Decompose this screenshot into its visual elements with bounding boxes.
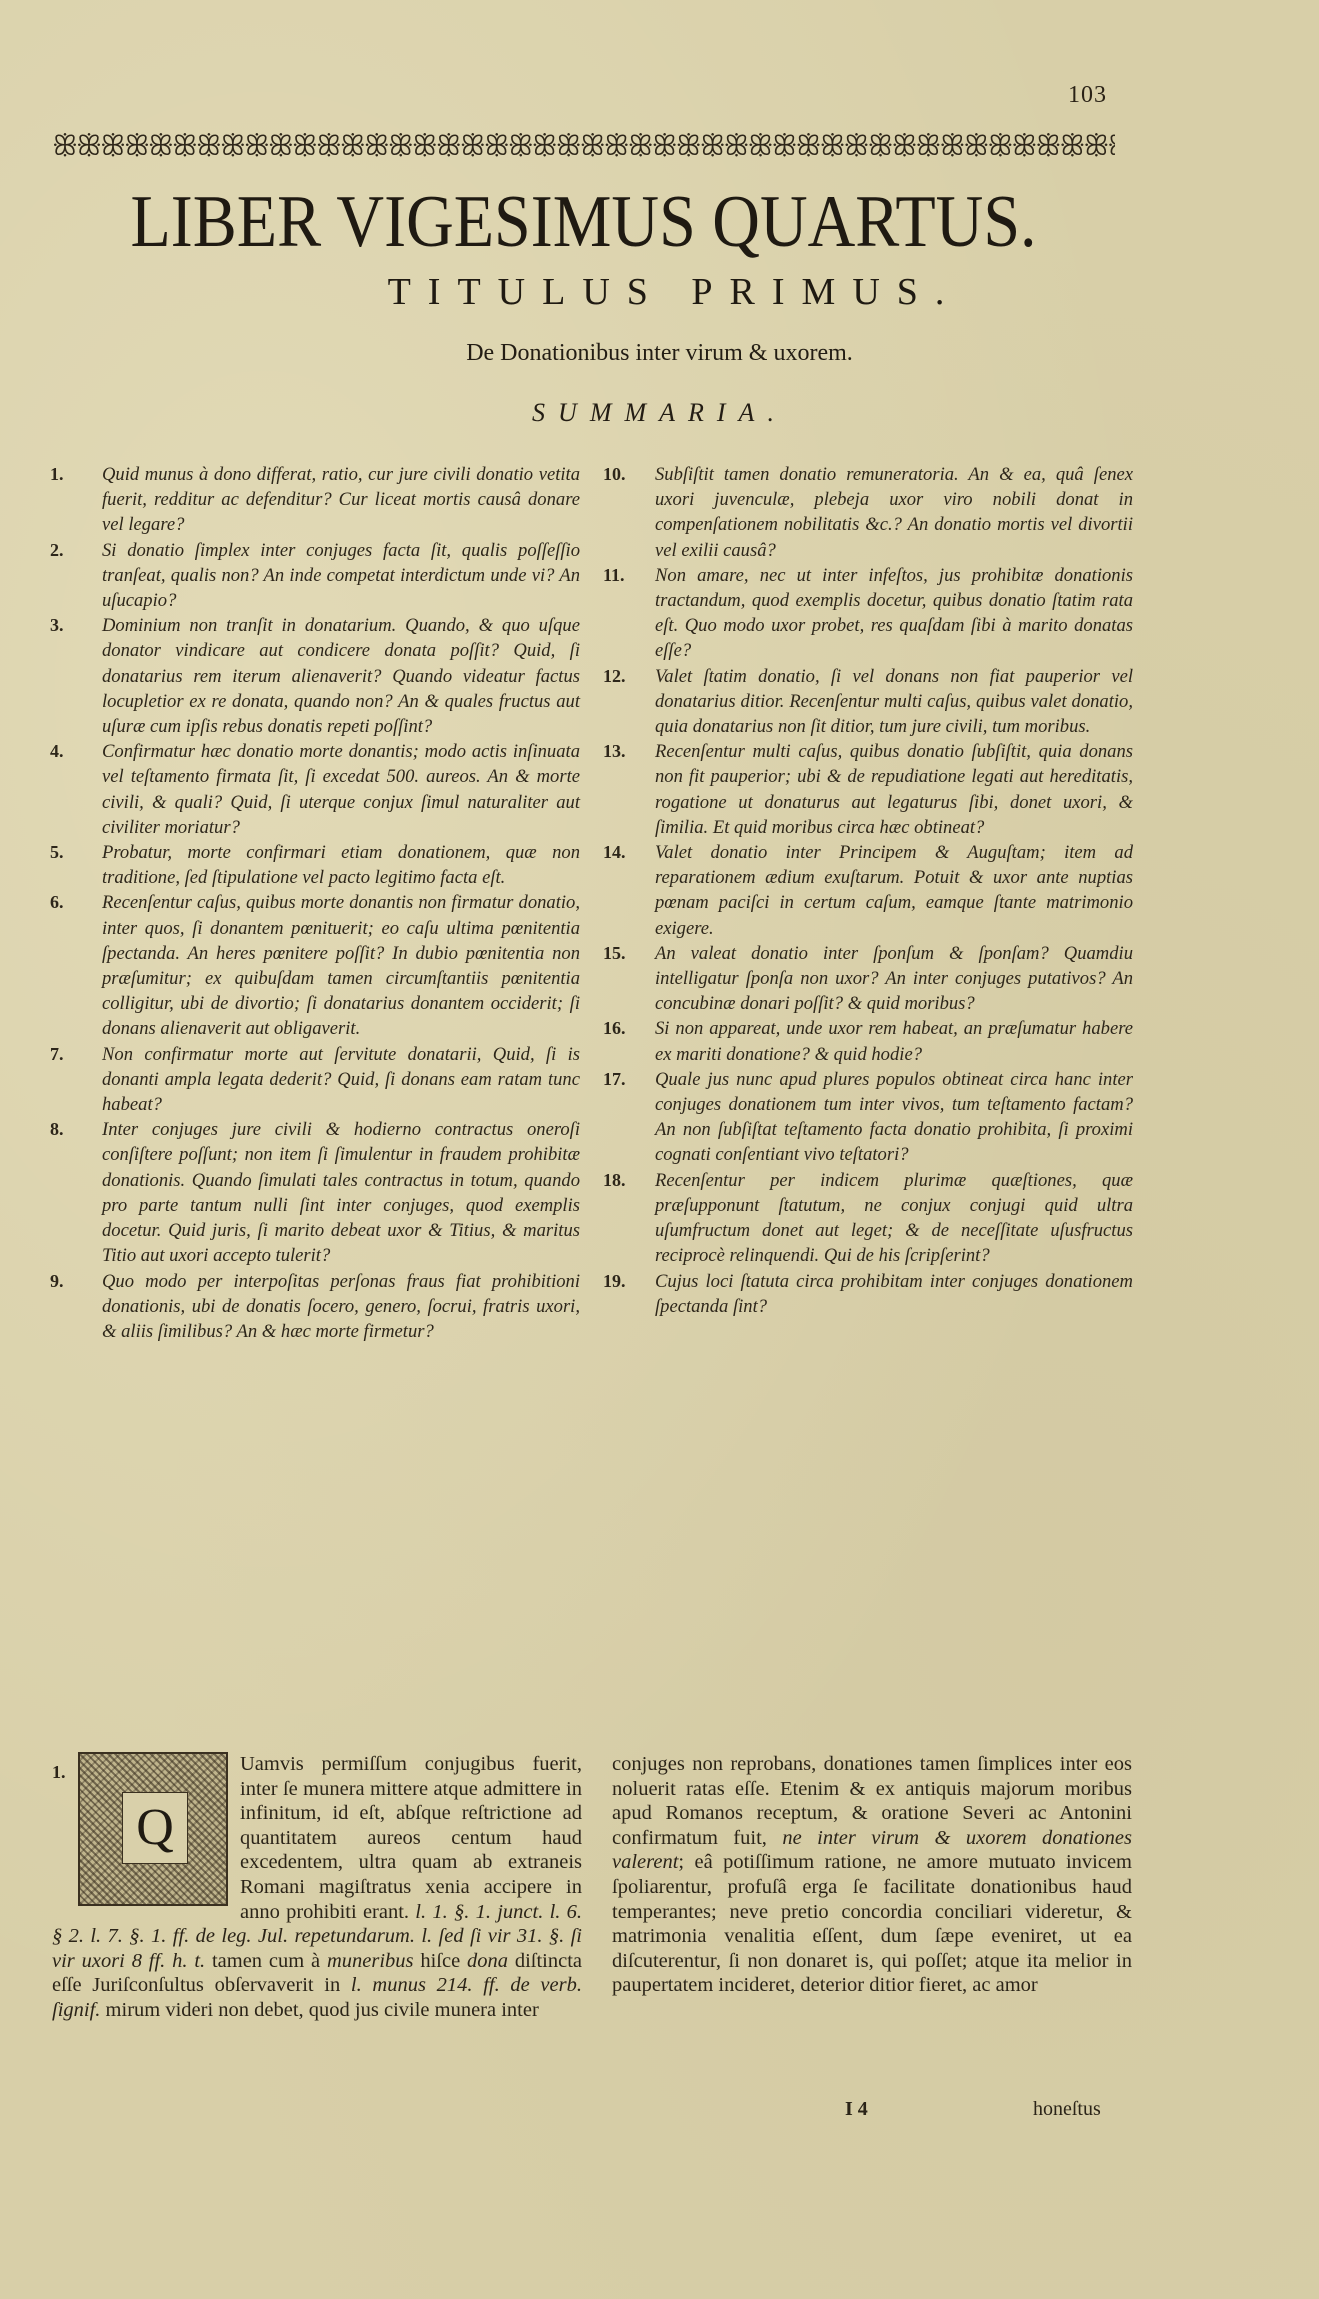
summary-item: 8.Inter conjuges jure civili & hodierno … — [50, 1117, 580, 1268]
item-text: Cujus loci ſtatuta circa prohibitam inte… — [655, 1269, 1133, 1319]
summary-item: 17.Quale jus nunc apud plures populos ob… — [603, 1067, 1133, 1168]
summary-item: 5.Probatur, morte confirmari etiam donat… — [50, 840, 580, 890]
summary-item: 7.Non confirmatur morte aut ſervitute do… — [50, 1042, 580, 1118]
item-text: Dominium non tranſit in donatarium. Quan… — [102, 613, 580, 739]
item-text: Valet donatio inter Principem & Auguſtam… — [655, 840, 1133, 941]
summaria-left-column: 1.Quid munus à dono differat, ratio, cur… — [50, 462, 580, 1344]
item-number: 9. — [50, 1269, 102, 1345]
item-text: Recenſentur per indicem plurimæ quæſtion… — [655, 1168, 1133, 1269]
item-text: Confirmatur hæc donatio morte donantis; … — [102, 739, 580, 840]
summary-item: 9.Quo modo per interpoſitas perſonas fra… — [50, 1269, 580, 1345]
item-number: 12. — [603, 664, 655, 740]
summary-item: 13.Recenſentur multi caſus, quibus donat… — [603, 739, 1133, 840]
body-italic: muneribus — [327, 1950, 414, 1972]
summaria-right-column: 10.Subſiſtit tamen donatio remuneratoria… — [603, 462, 1133, 1319]
item-text: Subſiſtit tamen donatio remuneratoria. A… — [655, 462, 1133, 563]
item-number: 6. — [50, 890, 102, 1041]
item-number: 11. — [603, 563, 655, 664]
item-number: 5. — [50, 840, 102, 890]
item-text: Recenſentur multi caſus, quibus donatio … — [655, 739, 1133, 840]
item-text: Inter conjuges jure civili & hodierno co… — [102, 1117, 580, 1268]
decorative-headpiece-ornament-icon: ꕥꕥꕥꕥꕥꕥꕥꕥꕥꕥꕥꕥꕥꕥꕥꕥꕥꕥꕥꕥꕥꕥꕥꕥꕥꕥꕥꕥꕥꕥꕥꕥꕥꕥꕥꕥꕥꕥꕥꕥ… — [52, 126, 1115, 166]
item-text: Quid munus à dono differat, ratio, cur j… — [102, 462, 580, 538]
title-heading: TITULUS PRIMUS. — [0, 270, 1319, 314]
summary-item: 14.Valet donatio inter Principem & Auguſ… — [603, 840, 1133, 941]
item-text: Valet ſtatim donatio, ſi vel donans non … — [655, 664, 1133, 740]
item-text: Non confirmatur morte aut ſervitute dona… — [102, 1042, 580, 1118]
item-text: Non amare, nec ut inter infeſtos, jus pr… — [655, 563, 1133, 664]
body-text: tamen cum à — [212, 1950, 320, 1972]
item-number: 19. — [603, 1269, 655, 1319]
item-text: Quale jus nunc apud plures populos obtin… — [655, 1067, 1133, 1168]
item-number: 8. — [50, 1117, 102, 1268]
body-left-column: Q Uamvis permiſſum conjugibus fuerit, in… — [52, 1752, 582, 2023]
book-page: 103 ꕥꕥꕥꕥꕥꕥꕥꕥꕥꕥꕥꕥꕥꕥꕥꕥꕥꕥꕥꕥꕥꕥꕥꕥꕥꕥꕥꕥꕥꕥꕥꕥꕥꕥꕥꕥ… — [0, 0, 1319, 2299]
summary-item: 10.Subſiſtit tamen donatio remuneratoria… — [603, 462, 1133, 563]
catchword: honeſtus — [1033, 2098, 1101, 2121]
item-number: 17. — [603, 1067, 655, 1168]
summary-item: 1.Quid munus à dono differat, ratio, cur… — [50, 462, 580, 538]
item-text: Recenſentur caſus, quibus morte donantis… — [102, 890, 580, 1041]
body-text: ; eâ potiſſimum ratione, ne amore mutuat… — [612, 1851, 1132, 1996]
body-text: Uamvis permiſſum conjugibus fuerit, inte… — [240, 1753, 582, 1923]
summary-item: 11.Non amare, nec ut inter infeſtos, jus… — [603, 563, 1133, 664]
decorated-initial-icon: Q — [78, 1752, 228, 1906]
item-text: An valeat donatio inter ſponſum & ſponſa… — [655, 941, 1133, 1017]
item-text: Si non appareat, unde uxor rem habeat, a… — [655, 1016, 1133, 1066]
summary-item: 15.An valeat donatio inter ſponſum & ſpo… — [603, 941, 1133, 1017]
summaria-heading: SUMMARIA. — [0, 398, 1319, 428]
summary-item: 12.Valet ſtatim donatio, ſi vel donans n… — [603, 664, 1133, 740]
item-text: Probatur, morte confirmari etiam donatio… — [102, 840, 580, 890]
item-number: 14. — [603, 840, 655, 941]
summary-item: 4.Confirmatur hæc donatio morte donantis… — [50, 739, 580, 840]
summary-item: 6.Recenſentur caſus, quibus morte donant… — [50, 890, 580, 1041]
item-number: 10. — [603, 462, 655, 563]
summary-item: 3.Dominium non tranſit in donatarium. Qu… — [50, 613, 580, 739]
item-number: 2. — [50, 538, 102, 614]
item-text: Si donatio ſimplex inter conjuges facta … — [102, 538, 580, 614]
item-number: 13. — [603, 739, 655, 840]
item-number: 15. — [603, 941, 655, 1017]
summary-item: 19.Cujus loci ſtatuta circa prohibitam i… — [603, 1269, 1133, 1319]
summary-item: 16.Si non appareat, unde uxor rem habeat… — [603, 1016, 1133, 1066]
body-text: mirum videri non debet, quod jus civile … — [106, 1999, 539, 2021]
item-number: 4. — [50, 739, 102, 840]
body-italic: dona — [467, 1950, 508, 1972]
body-text: hiſce — [420, 1950, 460, 1972]
summary-item: 2.Si donatio ſimplex inter conjuges fact… — [50, 538, 580, 614]
item-text: Quo modo per interpoſitas perſonas fraus… — [102, 1269, 580, 1345]
page-number: 103 — [1068, 82, 1107, 109]
book-title: LIBER VIGESIMUS QUARTUS. — [52, 180, 1115, 265]
item-number: 16. — [603, 1016, 655, 1066]
item-number: 3. — [50, 613, 102, 739]
printer-signature: I 4 — [845, 2098, 868, 2121]
item-number: 7. — [50, 1042, 102, 1118]
body-right-column: conjuges non reprobans, donationes tamen… — [612, 1752, 1132, 1998]
initial-letter: Q — [122, 1792, 188, 1864]
chapter-subtitle: De Donationibus inter virum & uxorem. — [0, 340, 1319, 367]
summary-item: 18.Recenſentur per indicem plurimæ quæſt… — [603, 1168, 1133, 1269]
item-number: 1. — [50, 462, 102, 538]
item-number: 18. — [603, 1168, 655, 1269]
